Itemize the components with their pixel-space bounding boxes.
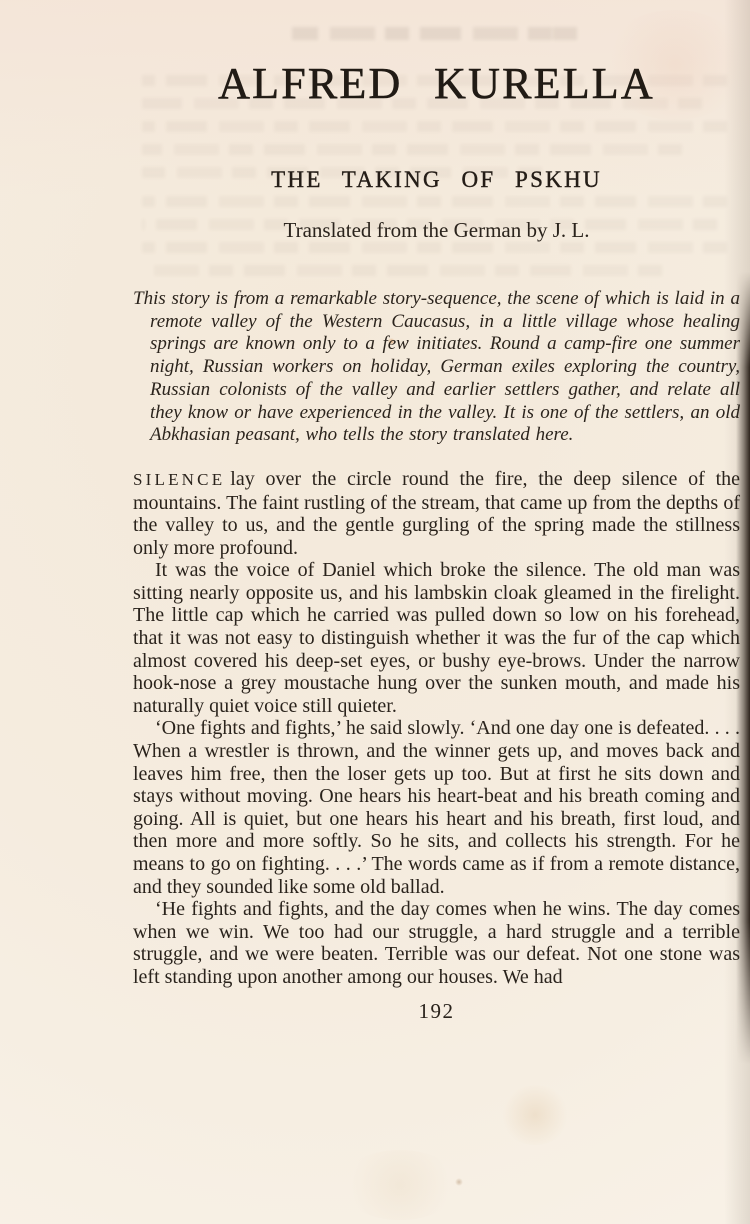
paragraph: It was the voice of Daniel which broke t… [133,559,740,717]
story-title: THE TAKING OF PSKHU [133,168,740,192]
paper-stain [340,1150,460,1220]
translation-credit: Translated from the German by J. L. [133,217,740,243]
paragraph: ‘One fights and fights,’ he said slowly.… [133,717,740,898]
book-page-scan: ALFRED KURELLA THE TAKING OF PSKHU Trans… [0,0,750,1224]
opening-word-small-caps: SILENCE [133,470,225,489]
paper-stain [500,1085,570,1145]
text-block: ALFRED KURELLA THE TAKING OF PSKHU Trans… [133,0,740,1024]
paragraph: ‘He fights and fights, and the day comes… [133,898,740,988]
author-heading: ALFRED KURELLA [133,62,740,106]
foxing-speck [455,1178,463,1186]
page-number: 192 [133,999,740,1024]
editorial-note: This story is from a remarkable story-se… [133,288,740,447]
paragraph-opening: SILENCElay over the circle round the fir… [133,468,740,559]
